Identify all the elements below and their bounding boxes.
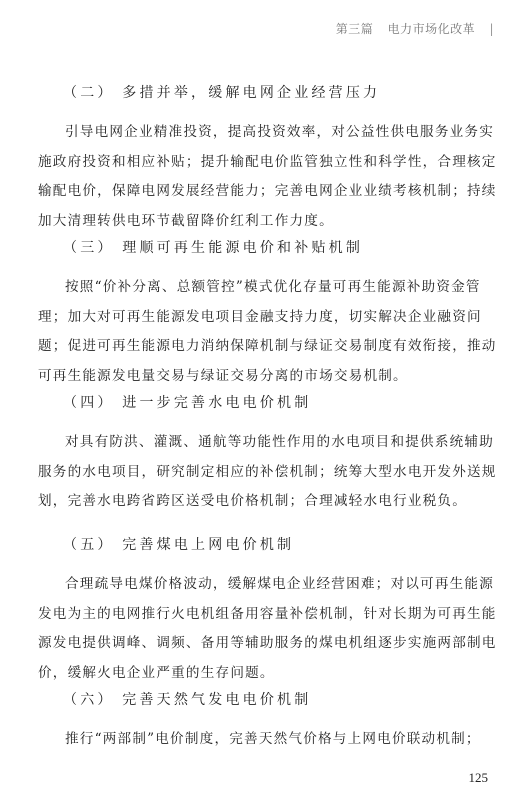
text-line: 按照“价补分离、总额管控”模式优化存量可再生能源补助资金管 [38, 273, 470, 303]
text-line: 引导电网企业精准投资，提高投资效率，对公益性供电服务业务实 [38, 118, 470, 148]
section-body-4: 对具有防洪、灌溉、通航等功能性作用的水电项目和提供系统辅助 服务的水电项目，研究… [38, 428, 470, 517]
text-line: 合理疏导电煤价格波动，缓解煤电企业经营困难；对以可再生能源 [38, 570, 470, 600]
text-line: 题；促进可再生能源电力消纳保障机制与绿证交易制度有效衔接，推动 [38, 332, 470, 362]
text-line: 理；加大对可再生能源发电项目金融支持力度，切实解决企业融资问 [38, 303, 470, 333]
section-heading-2: （二） 多措并举，缓解电网企业经营压力 [63, 82, 380, 102]
text-line: 加大清理转供电环节截留降价红利工作力度。 [38, 207, 470, 237]
text-line: 施政府投资和相应补贴；提升输配电价监管独立性和科学性，合理核定 [38, 148, 470, 178]
running-header-part: 第三篇 [336, 22, 374, 36]
text-line: 对具有防洪、灌溉、通航等功能性作用的水电项目和提供系统辅助 [38, 428, 470, 458]
section-body-2: 引导电网企业精准投资，提高投资效率，对公益性供电服务业务实 施政府投资和相应补贴… [38, 118, 470, 236]
section-body-6: 推行“两部制”电价制度，完善天然气价格与上网电价联动机制； [38, 725, 470, 755]
text-line: 价，缓解火电企业严重的生存问题。 [38, 659, 470, 689]
section-heading-5: （五） 完善煤电上网电价机制 [63, 534, 294, 554]
text-line: 服务的水电项目，研究制定相应的补偿机制；统筹大型水电开发外送规 [38, 458, 470, 488]
page-number: 125 [469, 770, 489, 786]
running-header: 第三篇 电力市场化改革 | [336, 20, 494, 37]
section-body-3: 按照“价补分离、总额管控”模式优化存量可再生能源补助资金管 理；加大对可再生能源… [38, 273, 470, 391]
section-heading-3: （三） 理顺可再生能源电价和补贴机制 [63, 237, 363, 257]
section-body-5: 合理疏导电煤价格波动，缓解煤电企业经营困难；对以可再生能源 发电为主的电网推行火… [38, 570, 470, 688]
section-heading-6: （六） 完善天然气发电电价机制 [63, 689, 311, 709]
running-header-chapter: 电力市场化改革 [388, 22, 476, 36]
section-heading-4: （四） 进一步完善水电电价机制 [63, 392, 311, 412]
text-line: 发电为主的电网推行火电机组备用容量补偿机制，针对长期为可再生能 [38, 600, 470, 630]
text-line: 推行“两部制”电价制度，完善天然气价格与上网电价联动机制； [38, 725, 470, 755]
text-line: 划，完善水电跨省跨区送受电价格机制；合理减轻水电行业税负。 [38, 487, 470, 517]
text-line: 输配电价，保障电网发展经营能力；完善电网企业业绩考核机制；持续 [38, 177, 470, 207]
text-line: 可再生能源发电量交易与绿证交易分离的市场交易机制。 [38, 362, 470, 392]
text-line: 源发电提供调峰、调频、备用等辅助服务的煤电机组逐步实施两部制电 [38, 629, 470, 659]
running-header-separator: | [489, 22, 494, 36]
